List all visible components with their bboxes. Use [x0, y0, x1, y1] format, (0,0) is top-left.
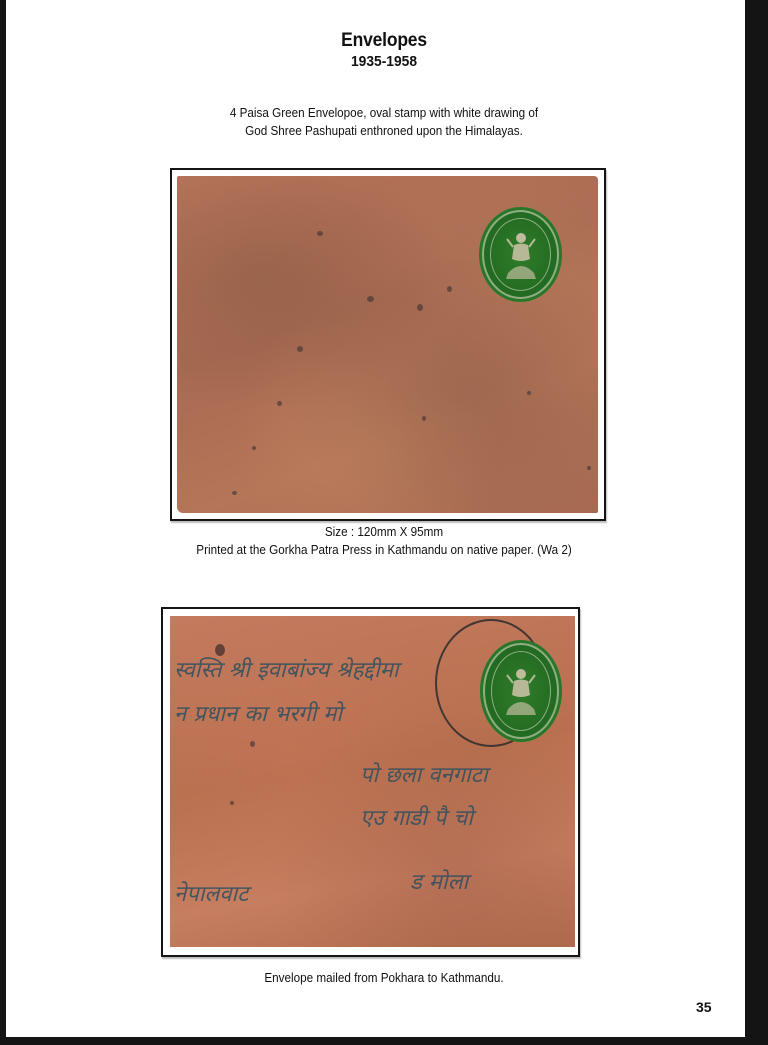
page-title: Envelopes — [31, 30, 738, 52]
oval-stamp — [480, 640, 562, 742]
oval-stamp — [479, 207, 562, 302]
envelope-image-mailed: स्वस्ति श्री इवाबांज्य श्रेहद्दीमा न प्र… — [170, 616, 575, 947]
address-line: पो छला वनगाटा — [360, 759, 488, 789]
deity-icon — [504, 229, 538, 281]
page-subtitle: 1935-1958 — [31, 53, 738, 70]
address-line: एउ गाडी पै चो — [360, 802, 473, 832]
address-line: न प्रधान का भरगी मो — [174, 698, 342, 728]
address-line: नेपालवाट — [174, 878, 248, 908]
address-line: स्वस्ति श्री इवाबांज्य श्रेहद्दीमा — [174, 654, 399, 684]
size-caption: Size : 120mm X 95mm — [38, 524, 729, 539]
envelope-frame-unused — [170, 168, 606, 521]
printing-caption: Printed at the Gorkha Patra Press in Kat… — [38, 542, 729, 557]
envelope-image-unused — [177, 176, 598, 513]
page-number: 35 — [696, 999, 712, 1015]
description-line: God Shree Pashupati enthroned upon the H… — [38, 122, 729, 140]
page-description: 4 Paisa Green Envelopoe, oval stamp with… — [38, 104, 729, 140]
mailed-caption: Envelope mailed from Pokhara to Kathmand… — [38, 970, 729, 985]
description-line: 4 Paisa Green Envelopoe, oval stamp with… — [38, 104, 729, 122]
deity-icon — [504, 665, 538, 717]
address-line: ड मोला — [410, 866, 468, 896]
envelope-frame-mailed: स्वस्ति श्री इवाबांज्य श्रेहद्दीमा न प्र… — [161, 607, 580, 957]
